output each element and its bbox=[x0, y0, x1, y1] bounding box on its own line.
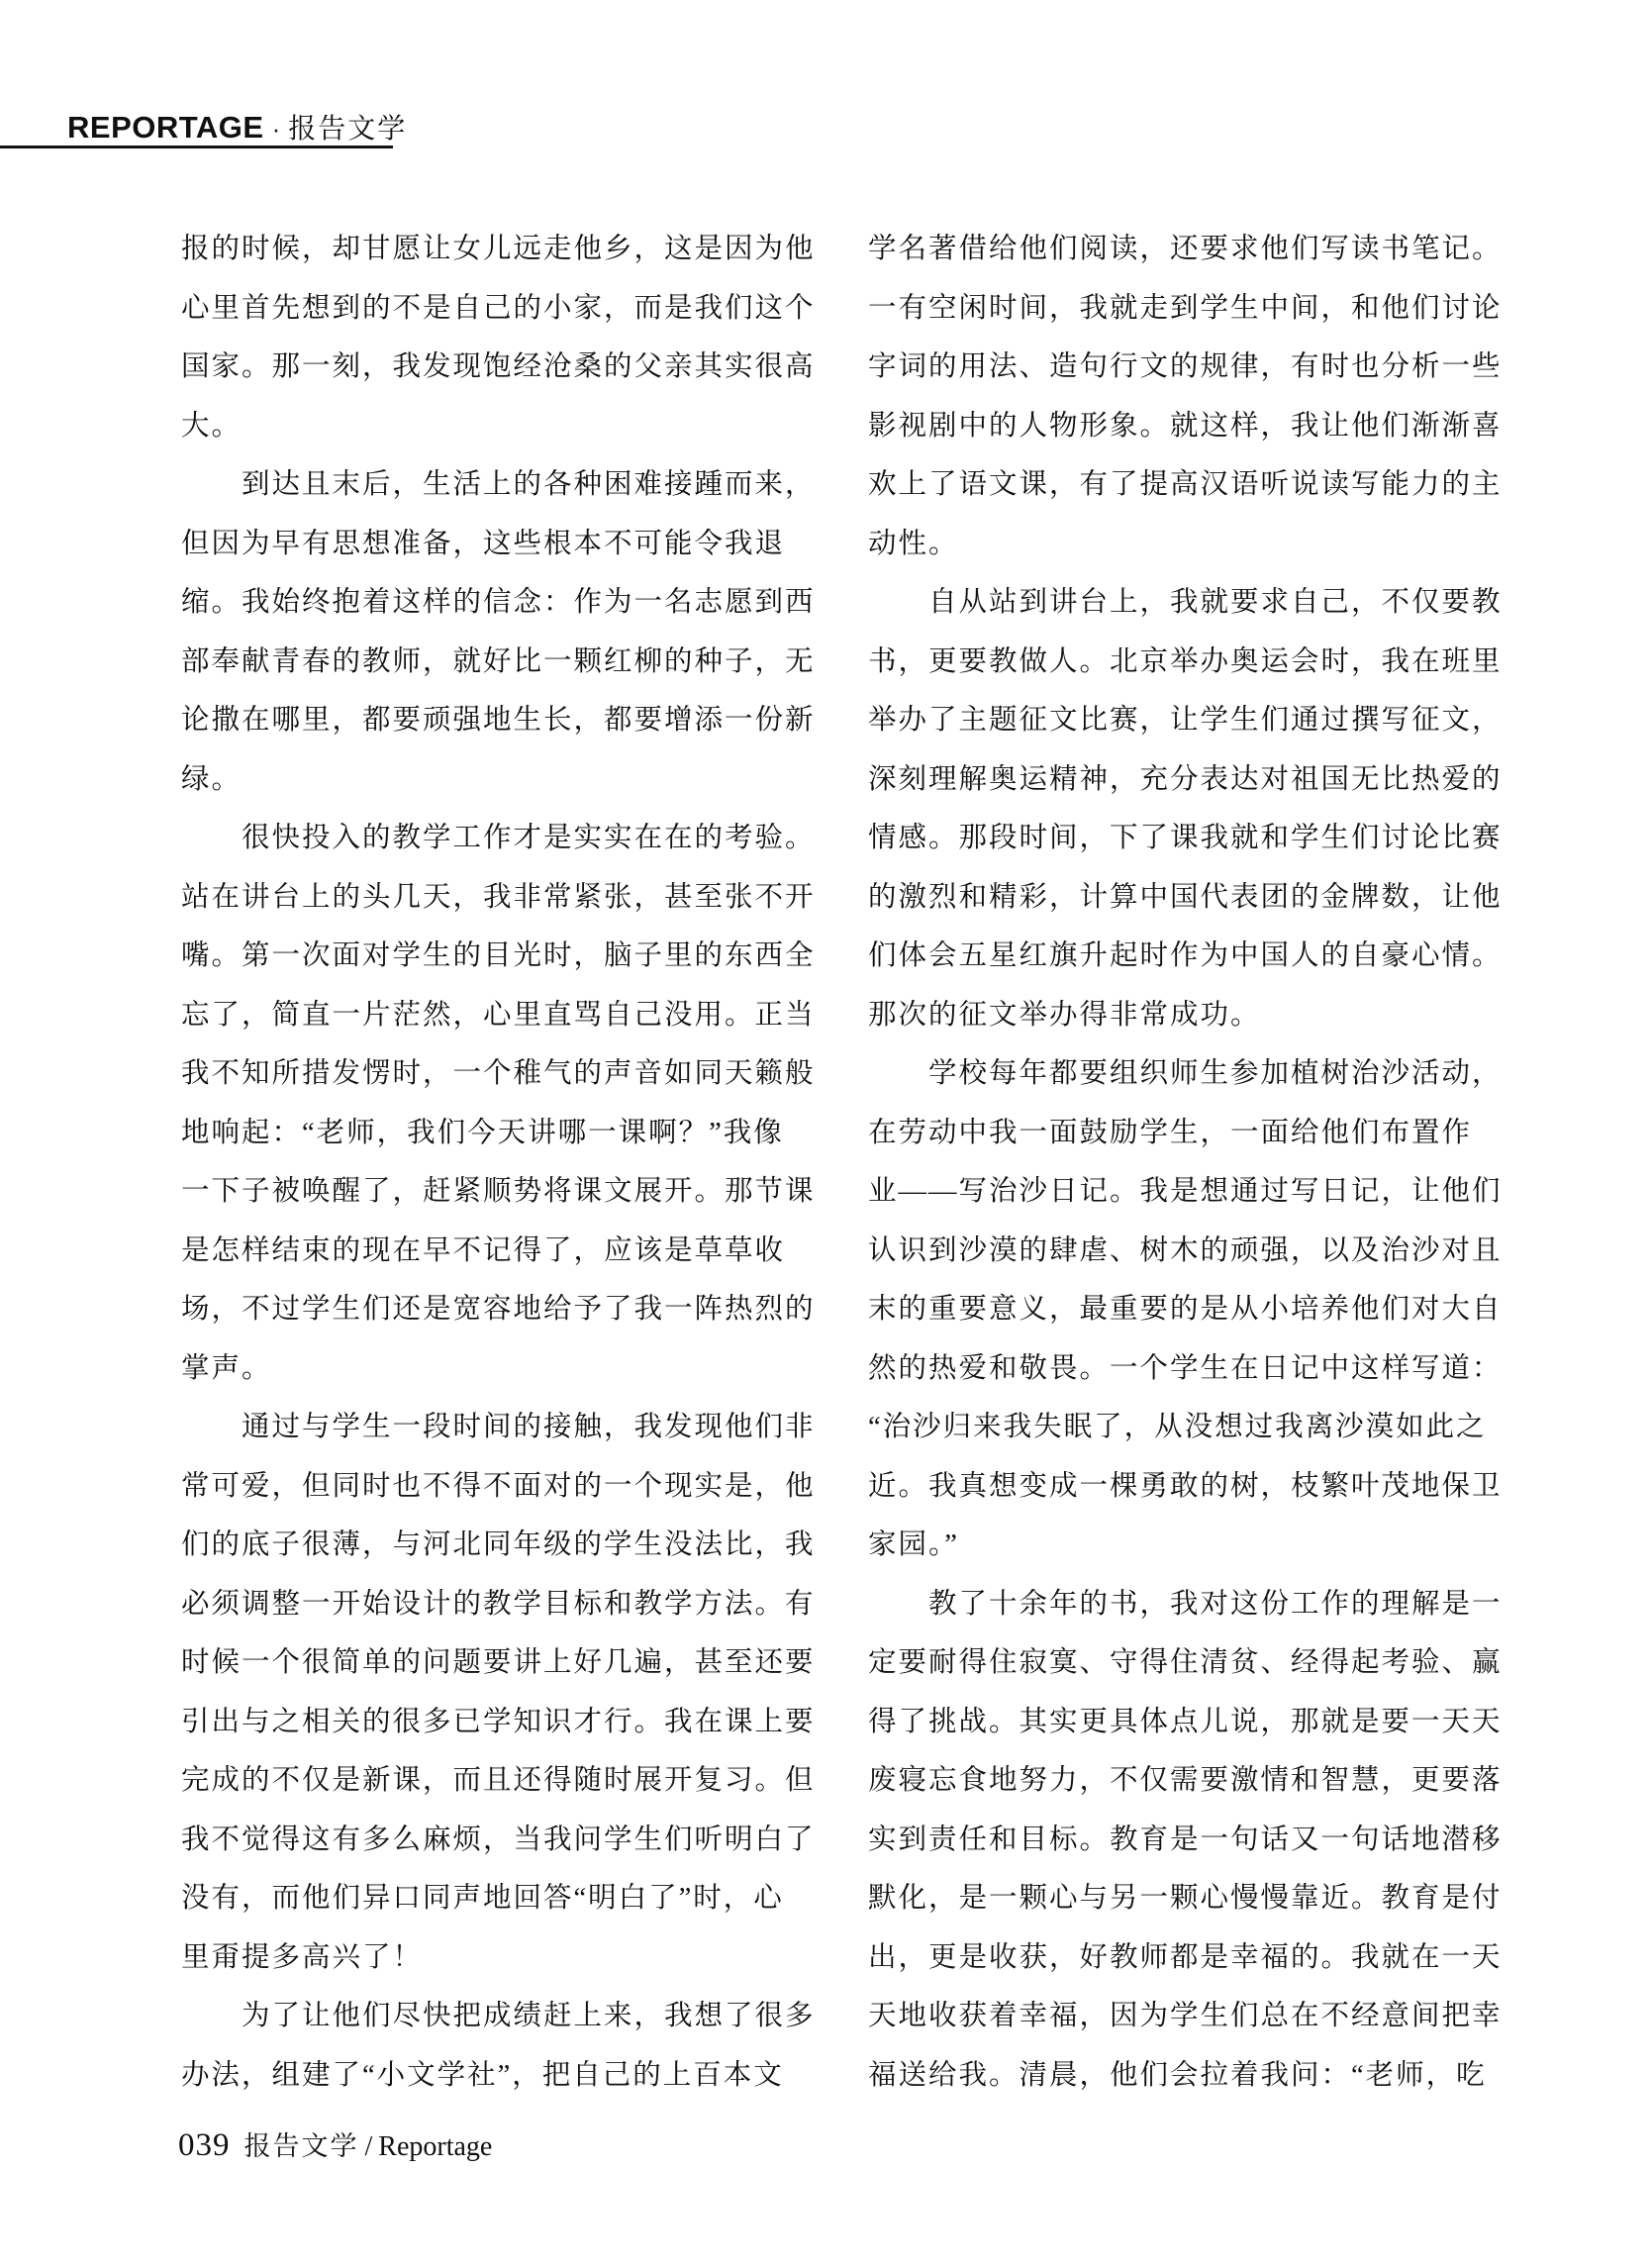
text-line: 举办了主题征文比赛，让学生们通过撰写征文， bbox=[868, 691, 1521, 750]
footer-separator: / bbox=[365, 2131, 373, 2162]
text-line: 默化，是一颗心与另一颗心慢慢靠近。教育是付 bbox=[868, 1869, 1521, 1928]
text-line: 我不知所措发愣时，一个稚气的声音如同天籁般 bbox=[181, 1044, 834, 1104]
text-line: 时候一个很简单的问题要讲上好几遍，甚至还要 bbox=[181, 1633, 834, 1693]
text-line: 末的重要意义，最重要的是从小培养他们对大自 bbox=[868, 1280, 1521, 1339]
text-line: 通过与学生一段时间的接触，我发现他们非 bbox=[181, 1398, 834, 1457]
text-line: 是怎样结束的现在早不记得了，应该是草草收 bbox=[181, 1222, 834, 1281]
text-line: 到达且末后，生活上的各种困难接踵而来， bbox=[181, 455, 834, 515]
text-line: 地响起：“老师，我们今天讲哪一课啊？”我像 bbox=[181, 1104, 834, 1163]
text-line: 必须调整一开始设计的教学目标和教学方法。有 bbox=[181, 1575, 834, 1634]
text-line: 嘴。第一次面对学生的目光时，脑子里的东西全 bbox=[181, 927, 834, 986]
text-line: 学校每年都要组织师生参加植树治沙活动， bbox=[868, 1044, 1521, 1104]
text-line: 学名著借给他们阅读，还要求他们写读书笔记。 bbox=[868, 220, 1521, 279]
text-line: 没有，而他们异口同声地回答“明白了”时，心 bbox=[181, 1869, 834, 1928]
text-line: 常可爱，但同时也不得不面对的一个现实是，他 bbox=[181, 1457, 834, 1517]
text-line: 然的热爱和敬畏。一个学生在日记中这样写道： bbox=[868, 1339, 1521, 1399]
text-line: 得了挑战。其实更具体点儿说，那就是要一天天 bbox=[868, 1693, 1521, 1752]
page-number: 039 bbox=[178, 2127, 231, 2163]
text-line: 为了让他们尽快把成绩赶上来，我想了很多 bbox=[181, 1987, 834, 2046]
text-line: 废寝忘食地努力，不仅需要激情和智慧，更要落 bbox=[868, 1751, 1521, 1811]
text-line: 很快投入的教学工作才是实实在在的考验。 bbox=[181, 809, 834, 868]
text-line: 自从站到讲台上，我就要求自己，不仅要教 bbox=[868, 573, 1521, 633]
text-line: 站在讲台上的头几天，我非常紧张，甚至张不开 bbox=[181, 868, 834, 928]
text-line: 业——写治沙日记。我是想通过写日记，让他们 bbox=[868, 1162, 1521, 1222]
text-line: 但因为早有思想准备，这些根本不可能令我退 bbox=[181, 515, 834, 574]
text-line: 在劳动中我一面鼓励学生，一面给他们布置作 bbox=[868, 1104, 1521, 1163]
text-line: 绿。 bbox=[181, 750, 834, 810]
text-line: 国家。那一刻，我发现饱经沧桑的父亲其实很高 bbox=[181, 338, 834, 397]
text-line: 们的底子很薄，与河北同年级的学生没法比，我 bbox=[181, 1516, 834, 1575]
text-line: 福送给我。清晨，他们会拉着我问：“老师，吃 bbox=[868, 2046, 1521, 2106]
header-underline bbox=[0, 146, 393, 148]
text-line: 的激烈和精彩，计算中国代表团的金牌数，让他 bbox=[868, 868, 1521, 928]
text-line: 一有空闲时间，我就走到学生中间，和他们讨论 bbox=[868, 279, 1521, 339]
text-line: 近。我真想变成一棵勇敢的树，枝繁叶茂地保卫 bbox=[868, 1457, 1521, 1517]
text-line: 报的时候，却甘愿让女儿远走他乡，这是因为他 bbox=[181, 220, 834, 279]
section-header: REPORTAGE·报告文学 bbox=[67, 107, 407, 147]
separator-dot: · bbox=[272, 114, 281, 144]
text-line: 大。 bbox=[181, 397, 834, 456]
text-line: 出，更是收获，好教师都是幸福的。我就在一天 bbox=[868, 1928, 1521, 1988]
footer-label-english: Reportage bbox=[378, 2131, 492, 2162]
text-line: 一下子被唤醒了，赶紧顺势将课文展开。那节课 bbox=[181, 1162, 834, 1222]
text-line: 字词的用法、造句行文的规律，有时也分析一些 bbox=[868, 338, 1521, 397]
text-line: 引出与之相关的很多已学知识才行。我在课上要 bbox=[181, 1693, 834, 1752]
text-line: 办法，组建了“小文学社”，把自己的上百本文 bbox=[181, 2046, 834, 2106]
text-line: 部奉献青春的教师，就好比一颗红柳的种子，无 bbox=[181, 633, 834, 692]
text-line: 影视剧中的人物形象。就这样，我让他们渐渐喜 bbox=[868, 397, 1521, 456]
text-line: 场，不过学生们还是宽容地给予了我一阵热烈的 bbox=[181, 1280, 834, 1339]
text-line: 家园。” bbox=[868, 1516, 1521, 1575]
text-line: 完成的不仅是新课，而且还得随时展开复习。但 bbox=[181, 1751, 834, 1811]
text-line: 定要耐得住寂寞、守得住清贫、经得起考验、赢 bbox=[868, 1633, 1521, 1693]
text-column-left: 报的时候，却甘愿让女儿远走他乡，这是因为他心里首先想到的不是自己的小家，而是我们… bbox=[181, 220, 834, 2106]
text-line: 书，更要教做人。北京举办奥运会时，我在班里 bbox=[868, 633, 1521, 692]
text-line: 欢上了语文课，有了提高汉语听说读写能力的主 bbox=[868, 455, 1521, 515]
text-line: 那次的征文举办得非常成功。 bbox=[868, 986, 1521, 1045]
text-line: 认识到沙漠的肆虐、树木的顽强，以及治沙对且 bbox=[868, 1222, 1521, 1281]
text-line: 里甭提多高兴了！ bbox=[181, 1928, 834, 1988]
section-title-chinese: 报告文学 bbox=[288, 113, 407, 144]
section-title-english: REPORTAGE bbox=[67, 110, 264, 145]
text-line: 心里首先想到的不是自己的小家，而是我们这个 bbox=[181, 279, 834, 339]
text-line: 天地收获着幸福，因为学生们总在不经意间把幸 bbox=[868, 1987, 1521, 2046]
text-line: 论撒在哪里，都要顽强地生长，都要增添一份新 bbox=[181, 691, 834, 750]
text-line: 我不觉得这有多么麻烦，当我问学生们听明白了 bbox=[181, 1811, 834, 1870]
text-line: 忘了，简直一片茫然，心里直骂自己没用。正当 bbox=[181, 986, 834, 1045]
footer-label-chinese: 报告文学 bbox=[244, 2131, 359, 2161]
text-line: 深刻理解奥运精神，充分表达对祖国无比热爱的 bbox=[868, 750, 1521, 810]
text-line: 缩。我始终抱着这样的信念：作为一名志愿到西 bbox=[181, 573, 834, 633]
text-line: 动性。 bbox=[868, 515, 1521, 574]
text-line: 实到责任和目标。教育是一句话又一句话地潜移 bbox=[868, 1811, 1521, 1870]
text-line: 教了十余年的书，我对这份工作的理解是一 bbox=[868, 1575, 1521, 1634]
text-line: 掌声。 bbox=[181, 1339, 834, 1399]
text-line: 们体会五星红旗升起时作为中国人的自豪心情。 bbox=[868, 927, 1521, 986]
text-line: 情感。那段时间，下了课我就和学生们讨论比赛 bbox=[868, 809, 1521, 868]
text-column-right: 学名著借给他们阅读，还要求他们写读书笔记。一有空闲时间，我就走到学生中间，和他们… bbox=[868, 220, 1521, 2106]
magazine-page: REPORTAGE·报告文学 报的时候，却甘愿让女儿远走他乡，这是因为他心里首先… bbox=[0, 0, 1651, 2268]
page-footer: 039报告文学/Reportage bbox=[178, 2124, 492, 2164]
text-line: “治沙归来我失眠了，从没想过我离沙漠如此之 bbox=[868, 1398, 1521, 1457]
